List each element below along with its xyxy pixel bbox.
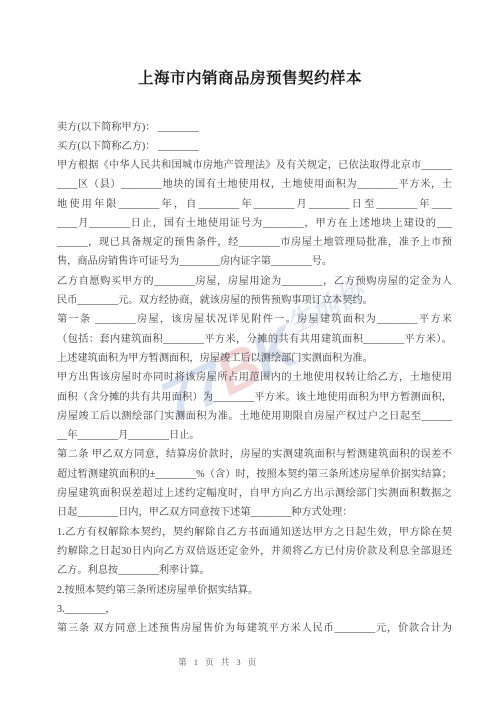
body-line: ______，现已具备规定的预售条件，经________市房屋土地管理局批准，准… <box>57 233 452 252</box>
body-line: 面积（含分摊的共有共用面积）为________平方米。该土地使用面积为甲方暂测面… <box>57 388 452 407</box>
body-line: 第一条 ________房屋，该房屋状况详见附件一。房屋建筑面积为_______… <box>57 310 452 329</box>
body-line: 约解除之日起30日内向乙方双倍返还定金外，并须将乙方已付房价款及利息全部退还 <box>57 542 452 561</box>
body-line: 3.________， <box>57 600 452 619</box>
body-line: 乙方自愿购买甲方的________房屋，房屋用途为________，乙方预购房屋… <box>57 272 452 291</box>
body-line: 地使用年限________年，自________年________月______… <box>57 195 452 214</box>
body-line: 售，商品房销售许可证号为________房内证字第________号。 <box>57 252 452 271</box>
contract-body: 甲方根据《中华人民共和国城市房地产管理法》及有关规定，已依法取得北京市_____… <box>57 156 452 638</box>
document-page: 77BK生地协 上海市内销商品房预售契约样本 卖方(以下简称甲方)： _____… <box>0 0 500 706</box>
body-line: 房屋竣工后以测绘部门实测面积为准。土地使用期限自房屋产权过户之日起至______ <box>57 407 452 426</box>
party-lines: 卖方(以下简称甲方)： ________买方(以下简称乙方)： ________ <box>57 117 452 156</box>
body-line: 2.按照本契约第三条所述房屋单价据实结算。 <box>57 581 452 600</box>
body-line: 1.乙方有权解除本契约，契约解除自乙方书面通知送达甲方之日起生效，甲方除在契 <box>57 523 452 542</box>
party-line: 卖方(以下简称甲方)： ________ <box>57 117 452 136</box>
page-title: 上海市内销商品房预售契约样本 <box>0 66 500 88</box>
body-line: 上述建筑面积为甲方暂测面积，房屋竣工后以测绘部门实测面积为准。 <box>57 349 452 368</box>
body-line: 甲方出售该房屋时亦同时将该房屋所占用范围内的土地使用权转让给乙方，土地使用 <box>57 368 452 387</box>
body-line: __年________月________日止。 <box>57 426 452 445</box>
body-line: ____月________日止，国有土地使用证号为________，甲方在上述地… <box>57 214 452 233</box>
body-line: 房屋建筑面积误差超过上述约定幅度时，自甲方向乙方出示测绘部门实测面积数据之 <box>57 484 452 503</box>
body-line: ____区（县）________地块的国有土地使用权，土地使用面积为______… <box>57 175 452 194</box>
body-line: 日起________日内，甲乙双方同意按下述第________种方式处理： <box>57 503 452 522</box>
body-line: 民币________元。双方经协商，就该房屋的预售预购事项订立本契约。 <box>57 291 452 310</box>
party-line: 买方(以下简称乙方)： ________ <box>57 136 452 155</box>
body-line: 超过暂测建筑面积的±________%（含）时，按照本契约第三条所述房屋单价据实… <box>57 465 452 484</box>
body-line: 甲方根据《中华人民共和国城市房地产管理法》及有关规定，已依法取得北京市_____… <box>57 156 452 175</box>
page-number: 第 1 页 共 3 页 <box>0 656 437 668</box>
body-line: 乙方。利息按________利率计算。 <box>57 561 452 580</box>
body-line: 第二条 甲乙双方同意，结算房价款时，房屋的实测建筑面积与暂测建筑面积的误差不 <box>57 445 452 464</box>
body-line: 第三条 双方同意上述预售房屋售价为每建筑平方米人民币________元，价款合计… <box>57 619 452 638</box>
body-line: （包括：套内建筑面积________平方米，分摊的共有共用建筑面积_______… <box>57 330 452 349</box>
